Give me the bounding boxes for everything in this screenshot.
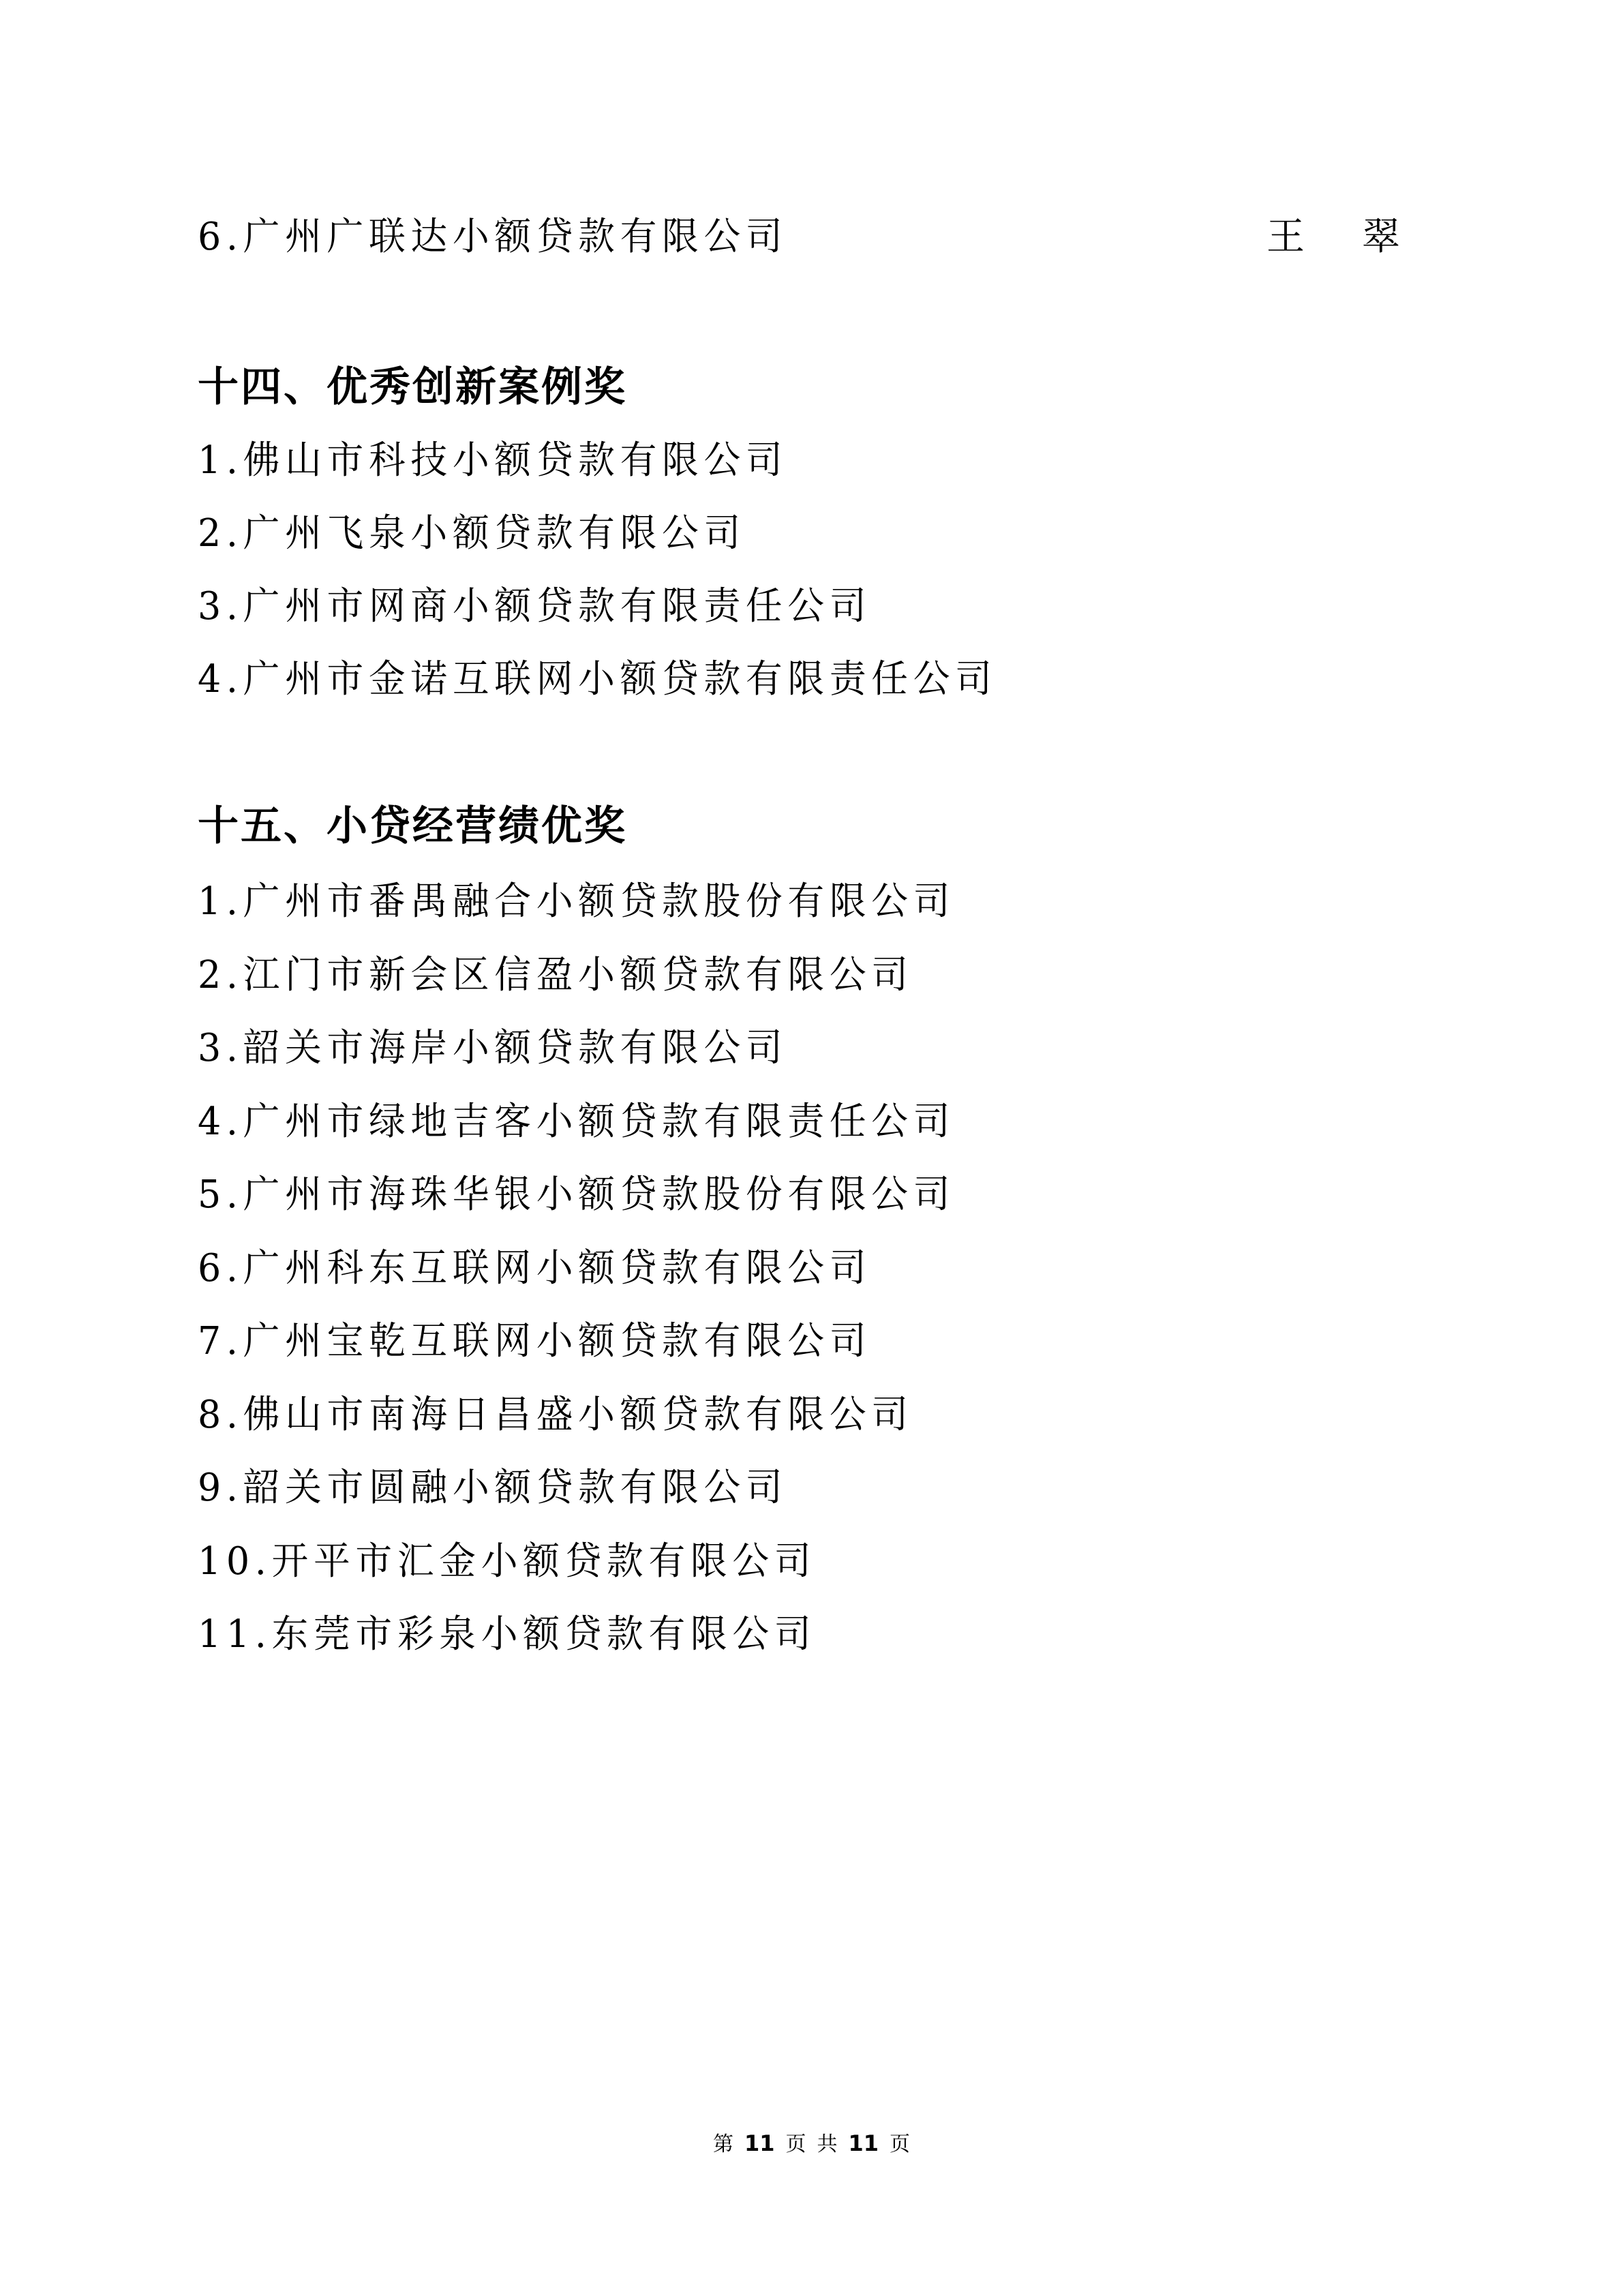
total-page-number: 11 [849,2130,879,2156]
award-item: 10.开平市汇金小额贷款有限公司 [198,1538,816,1586]
award-item: 4.广州市金诺互联网小额贷款有限责任公司 [198,656,997,704]
section-heading: 十五、小贷经营绩优奖 [198,802,627,851]
award-item: 2.广州飞泉小额贷款有限公司 [198,510,746,558]
award-item: 7.广州宝乾互联网小额贷款有限公司 [198,1318,871,1365]
award-item: 1.佛山市科技小额贷款有限公司 [198,437,787,485]
award-item: 6.广州广联达小额贷款有限公司 [198,213,787,261]
current-page-number: 11 [744,2130,775,2156]
award-person-name: 王 翠 [1266,213,1410,261]
award-item: 6.广州科东互联网小额贷款有限公司 [198,1245,871,1293]
section-heading: 十四、优秀创新案例奖 [198,363,627,412]
footer-prefix: 第 [713,2132,733,2156]
award-item: 3.韶关市海岸小额贷款有限公司 [198,1025,787,1072]
footer-page-word: 页 [786,2132,806,2156]
award-item: 11.东莞市彩泉小额贷款有限公司 [198,1611,816,1659]
footer-suffix: 页 [890,2132,910,2156]
award-item: 8.佛山市南海日昌盛小额贷款有限公司 [198,1391,913,1439]
award-item: 1.广州市番禺融合小额贷款股份有限公司 [198,878,955,926]
award-item: 4.广州市绿地吉客小额贷款有限责任公司 [198,1098,955,1146]
page-footer: 第11页共11页 [0,2130,1623,2158]
document-page: 6.广州广联达小额贷款有限公司 王 翠 十四、优秀创新案例奖 1.佛山市科技小额… [0,0,1623,2296]
award-item: 9.韶关市圆融小额贷款有限公司 [198,1464,787,1512]
award-item: 2.江门市新会区信盈小额贷款有限公司 [198,952,913,999]
footer-total-word: 共 [817,2132,838,2156]
award-item: 3.广州市网商小额贷款有限责任公司 [198,583,871,631]
award-item: 5.广州市海珠华银小额贷款股份有限公司 [198,1171,955,1219]
